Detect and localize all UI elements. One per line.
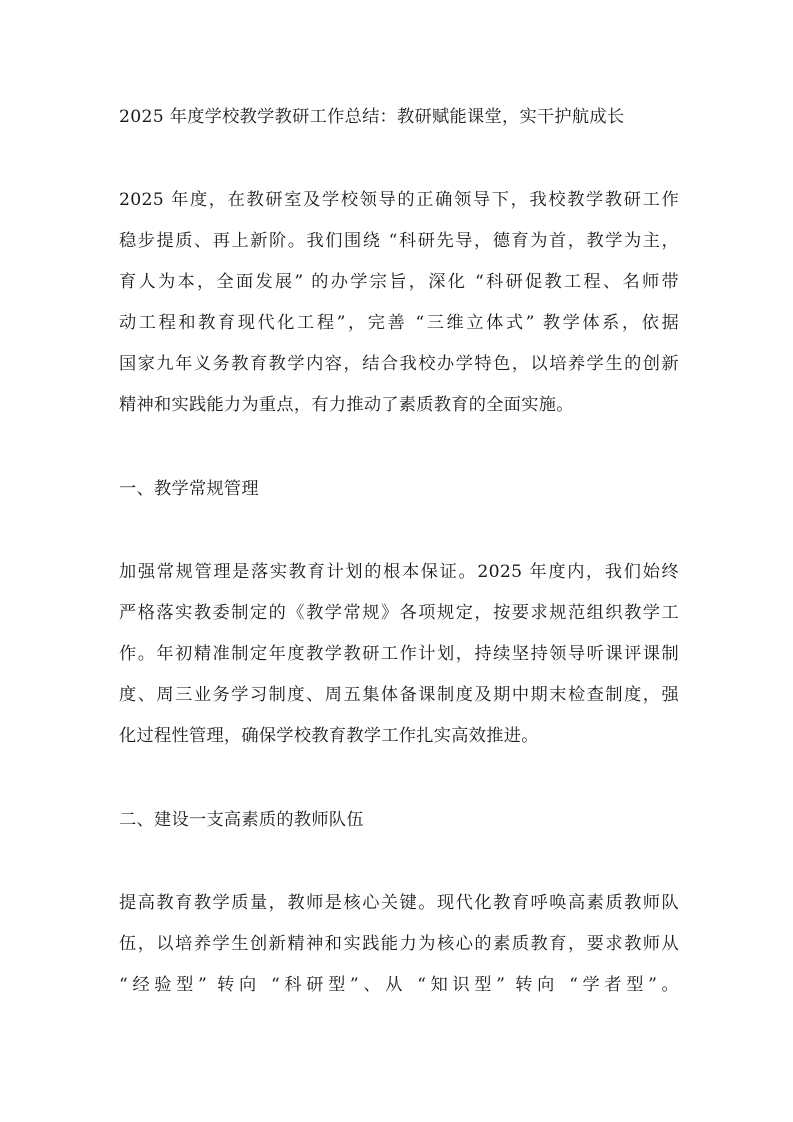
intro-line-3: 育人为本，全面发展” 的办学宗旨，深化 “科研促教工程、名师带	[119, 271, 679, 293]
document-title: 2025 年度学校教学教研工作总结：教研赋能课堂，实干护航成长	[119, 106, 679, 128]
document-page: 2025 年度学校教学教研工作总结：教研赋能课堂，实干护航成长 2025 年度，…	[0, 0, 793, 1122]
section-1-line-3: 作。年初精准制定年度教学教研工作计划，持续坚持领导听课评课制	[119, 643, 679, 665]
section-2-line-1: 提高教育教学质量，教师是核心关键。现代化教育呼唤高素质教师队	[119, 892, 679, 914]
section-heading-1: 一、教学常规管理	[119, 478, 679, 500]
section-2-line-3: “经验型” 转向 “科研型”、从 “知识型” 转向 “学者型”。	[119, 974, 679, 996]
intro-line-6: 精神和实践能力为重点，有力推动了素质教育的全面实施。	[119, 394, 679, 416]
intro-line-5: 国家九年义务教育教学内容，结合我校办学特色，以培养学生的创新	[119, 353, 679, 375]
section-1-line-5: 化过程性管理，确保学校教育教学工作扎实高效推进。	[119, 725, 679, 747]
section-1-line-1: 加强常规管理是落实教育计划的根本保证。2025 年度内，我们始终	[119, 561, 679, 583]
section-1-line-2: 严格落实教委制定的《教学常规》各项规定，按要求规范组织教学工	[119, 602, 679, 624]
section-1-line-4: 度、周三业务学习制度、周五集体备课制度及期中期末检查制度，强	[119, 684, 679, 706]
intro-line-1: 2025 年度，在教研室及学校领导的正确领导下，我校教学教研工作	[119, 189, 679, 211]
section-2-line-2: 伍，以培养学生创新精神和实践能力为核心的素质教育，要求教师从	[119, 933, 679, 955]
section-heading-2: 二、建设一支高素质的教师队伍	[119, 809, 679, 831]
intro-line-2: 稳步提质、再上新阶。我们围绕 “科研先导，德育为首，教学为主，	[119, 230, 679, 252]
intro-line-4: 动工程和教育现代化工程”，完善 “三维立体式” 教学体系，依据	[119, 312, 679, 334]
